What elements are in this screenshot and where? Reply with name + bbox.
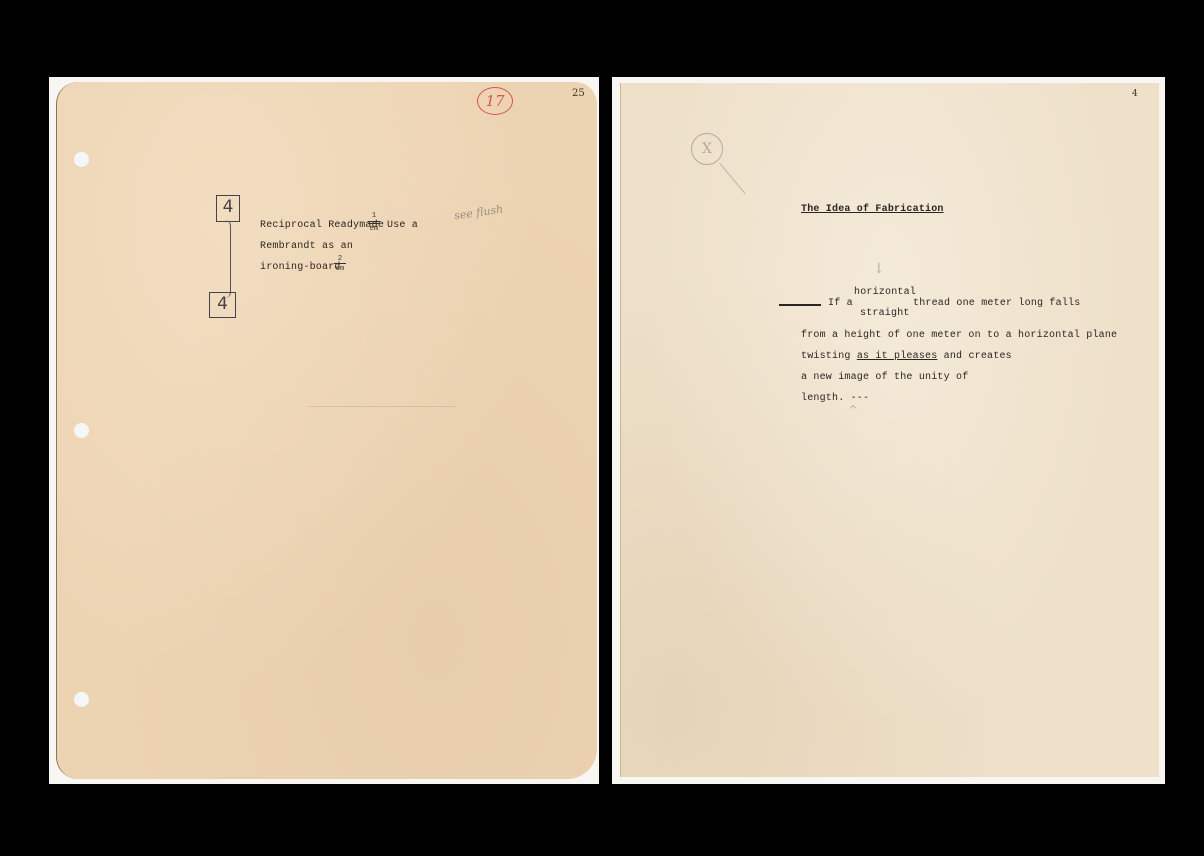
fraction-1: 1 em bbox=[368, 213, 380, 233]
fraction-2: 2 em bbox=[334, 256, 346, 273]
typed-line: twisting as it pleases and creates bbox=[801, 351, 1012, 362]
lead-dash bbox=[779, 304, 821, 306]
insert-arrow: ↓ bbox=[873, 261, 885, 277]
right-page-frame: 4 X The Idea of Fabrication If a horizon… bbox=[612, 77, 1165, 784]
typed-line: length. --- bbox=[801, 393, 869, 404]
typed-line: Rembrandt as an bbox=[260, 241, 353, 252]
punch-hole bbox=[74, 152, 89, 167]
punch-hole bbox=[74, 692, 89, 707]
bracket-line bbox=[223, 220, 231, 298]
left-page-frame: 17 25 4 4 Reciprocal Readymade 1 em Use … bbox=[49, 77, 599, 784]
circled-folio: 17 bbox=[477, 87, 513, 115]
faint-fold-line bbox=[307, 406, 457, 407]
corner-folio: 4 bbox=[1132, 89, 1138, 99]
insert-word-above: horizontal bbox=[854, 287, 916, 298]
caret-mark: ^ bbox=[848, 403, 858, 417]
typed-line: Use a bbox=[387, 220, 418, 231]
corner-folio: 25 bbox=[572, 88, 585, 99]
left-manuscript-page: 17 25 4 4 Reciprocal Readymade 1 em Use … bbox=[56, 82, 597, 779]
pencil-note: see flush bbox=[453, 203, 504, 223]
right-manuscript-page: 4 X The Idea of Fabrication If a horizon… bbox=[620, 83, 1159, 777]
typed-line: from a height of one meter on to a horiz… bbox=[801, 330, 1117, 341]
box-number-bottom: 4 bbox=[209, 292, 236, 318]
typed-line: ironing-board bbox=[260, 262, 341, 273]
typed-line: a new image of the unity of bbox=[801, 372, 968, 383]
circled-x-mark: X bbox=[691, 133, 723, 165]
document-title: The Idea of Fabrication bbox=[801, 204, 944, 215]
pencil-stroke bbox=[719, 163, 745, 194]
punch-hole bbox=[74, 423, 89, 438]
typed-line: If a bbox=[828, 298, 853, 309]
typed-line: Reciprocal Readymade bbox=[260, 220, 384, 231]
insert-word-below: straight bbox=[860, 308, 910, 319]
typed-line: thread one meter long falls bbox=[913, 298, 1080, 309]
box-number-top: 4 bbox=[216, 195, 240, 222]
